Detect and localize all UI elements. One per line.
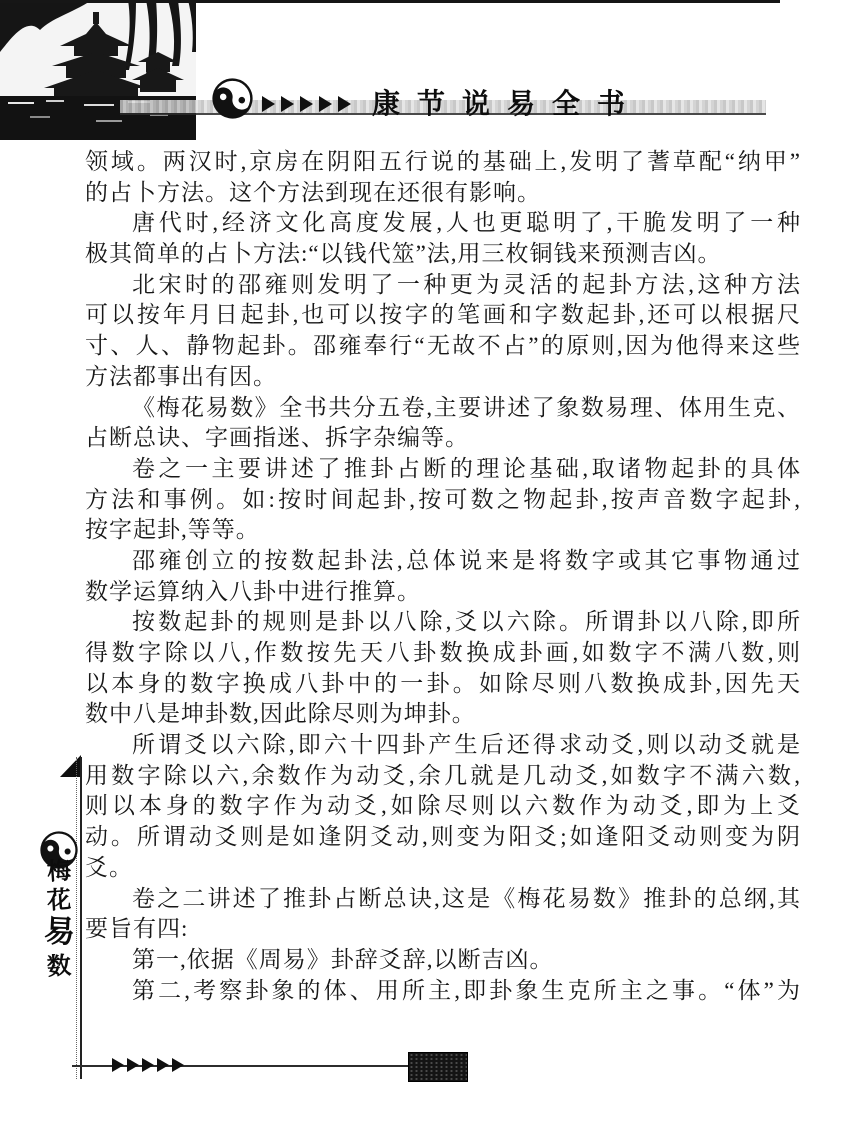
body-text: 领域。两汉时,京房在阴阳五行说的基础上,发明了蓍草配“纳甲”的占卜方法。这个方法… bbox=[85, 147, 801, 1006]
text-line: 的占卜方法。这个方法到现在还很有影响。 bbox=[85, 178, 801, 209]
page-title: 康节说易全书 bbox=[372, 82, 642, 122]
header-arrows bbox=[262, 96, 351, 112]
text-line: 爻。 bbox=[85, 853, 801, 884]
arrow-icon bbox=[300, 96, 313, 112]
yin-yang-icon bbox=[212, 78, 253, 119]
text-line: 则以本身的数字作为动爻,如除尽则以六数作为动爻,即为上爻 bbox=[85, 791, 801, 822]
text-line: 动。所谓动爻则是如逢阴爻动,则变为阳爻;如逢阳爻动则变为阴 bbox=[85, 822, 801, 853]
sidebar-book-title: 梅花易数 bbox=[42, 858, 76, 978]
text-line: 占断总诀、字画指迷、拆字杂编等。 bbox=[85, 423, 801, 454]
page-number-box bbox=[408, 1052, 468, 1082]
top-border-rule bbox=[0, 0, 780, 3]
book-page: 康节说易全书 领域。两汉时,京房在阴阳五行说的基础上,发明了蓍草配“纳甲”的占卜… bbox=[0, 0, 866, 1122]
text-line: 用数字除以六,余数作为动爻,余几就是几动爻,如数字不满六数, bbox=[85, 761, 801, 792]
footer-arrows bbox=[112, 1058, 184, 1072]
text-line: 邵雍创立的按数起卦法,总体说来是将数字或其它事物通过 bbox=[85, 546, 801, 577]
text-line: 第一,依据《周易》卦辞爻辞,以断吉凶。 bbox=[85, 945, 801, 976]
text-line: 北宋时的邵雍则发明了一种更为灵活的起卦方法,这种方法 bbox=[85, 270, 801, 301]
sidebar-solid-line bbox=[80, 757, 82, 1079]
sidebar-flag-triangle bbox=[60, 755, 81, 777]
arrow-icon bbox=[338, 96, 351, 112]
arrow-icon bbox=[112, 1058, 124, 1072]
text-line: 所谓爻以六除,即六十四卦产生后还得求动爻,则以动爻就是 bbox=[85, 730, 801, 761]
text-line: 方法和事例。如:按时间起卦,按可数之物起卦,按声音数字起卦, bbox=[85, 485, 801, 516]
arrow-icon bbox=[142, 1058, 154, 1072]
text-line: 按字起卦,等等。 bbox=[85, 515, 801, 546]
arrow-icon bbox=[319, 96, 332, 112]
text-line: 卷之一主要讲述了推卦占断的理论基础,取诸物起卦的具体 bbox=[85, 454, 801, 485]
arrow-icon bbox=[262, 96, 275, 112]
arrow-icon bbox=[172, 1058, 184, 1072]
text-line: 要旨有四: bbox=[85, 914, 801, 945]
pagoda-photo bbox=[0, 0, 196, 140]
text-line: 寸、人、静物起卦。邵雍奉行“无故不占”的原则,因为他得来这些 bbox=[85, 331, 801, 362]
text-line: 方法都事出有因。 bbox=[85, 362, 801, 393]
text-line: 《梅花易数》全书共分五卷,主要讲述了象数易理、体用生克、 bbox=[85, 393, 801, 424]
text-line: 数学运算纳入八卦中进行推算。 bbox=[85, 577, 801, 608]
sidebar-title-char: 花 bbox=[46, 886, 72, 913]
text-line: 领域。两汉时,京房在阴阳五行说的基础上,发明了蓍草配“纳甲” bbox=[85, 147, 801, 178]
text-line: 唐代时,经济文化高度发展,人也更聪明了,干脆发明了一种 bbox=[85, 208, 801, 239]
sidebar-title-char: 梅 bbox=[46, 857, 72, 884]
sidebar-dotted-line bbox=[76, 757, 77, 1079]
text-line: 可以按年月日起卦,也可以按字的笔画和字数起卦,还可以根据尺 bbox=[85, 300, 801, 331]
arrow-icon bbox=[157, 1058, 169, 1072]
text-line: 卷之二讲述了推卦占断总诀,这是《梅花易数》推卦的总纲,其 bbox=[85, 884, 801, 915]
text-line: 以本身的数字换成八卦中的一卦。如除尽则八数换成卦,因先天 bbox=[85, 669, 801, 700]
arrow-icon bbox=[281, 96, 294, 112]
arrow-icon bbox=[127, 1058, 139, 1072]
text-line: 数中八是坤卦数,因此除尽则为坤卦。 bbox=[85, 699, 801, 730]
text-line: 得数字除以八,作数按先天八卦数换成卦画,如数字不满八数,则 bbox=[85, 638, 801, 669]
sidebar-title-char: 易 bbox=[43, 916, 76, 950]
text-line: 第二,考察卦象的体、用所主,即卦象生克所主之事。“体”为 bbox=[85, 976, 801, 1007]
text-line: 按数起卦的规则是卦以八除,爻以六除。所谓卦以八除,即所 bbox=[85, 607, 801, 638]
sidebar-title-char: 数 bbox=[46, 952, 72, 979]
text-line: 极其简单的占卜方法:“以钱代筮”法,用三枚铜钱来预测吉凶。 bbox=[85, 239, 801, 270]
